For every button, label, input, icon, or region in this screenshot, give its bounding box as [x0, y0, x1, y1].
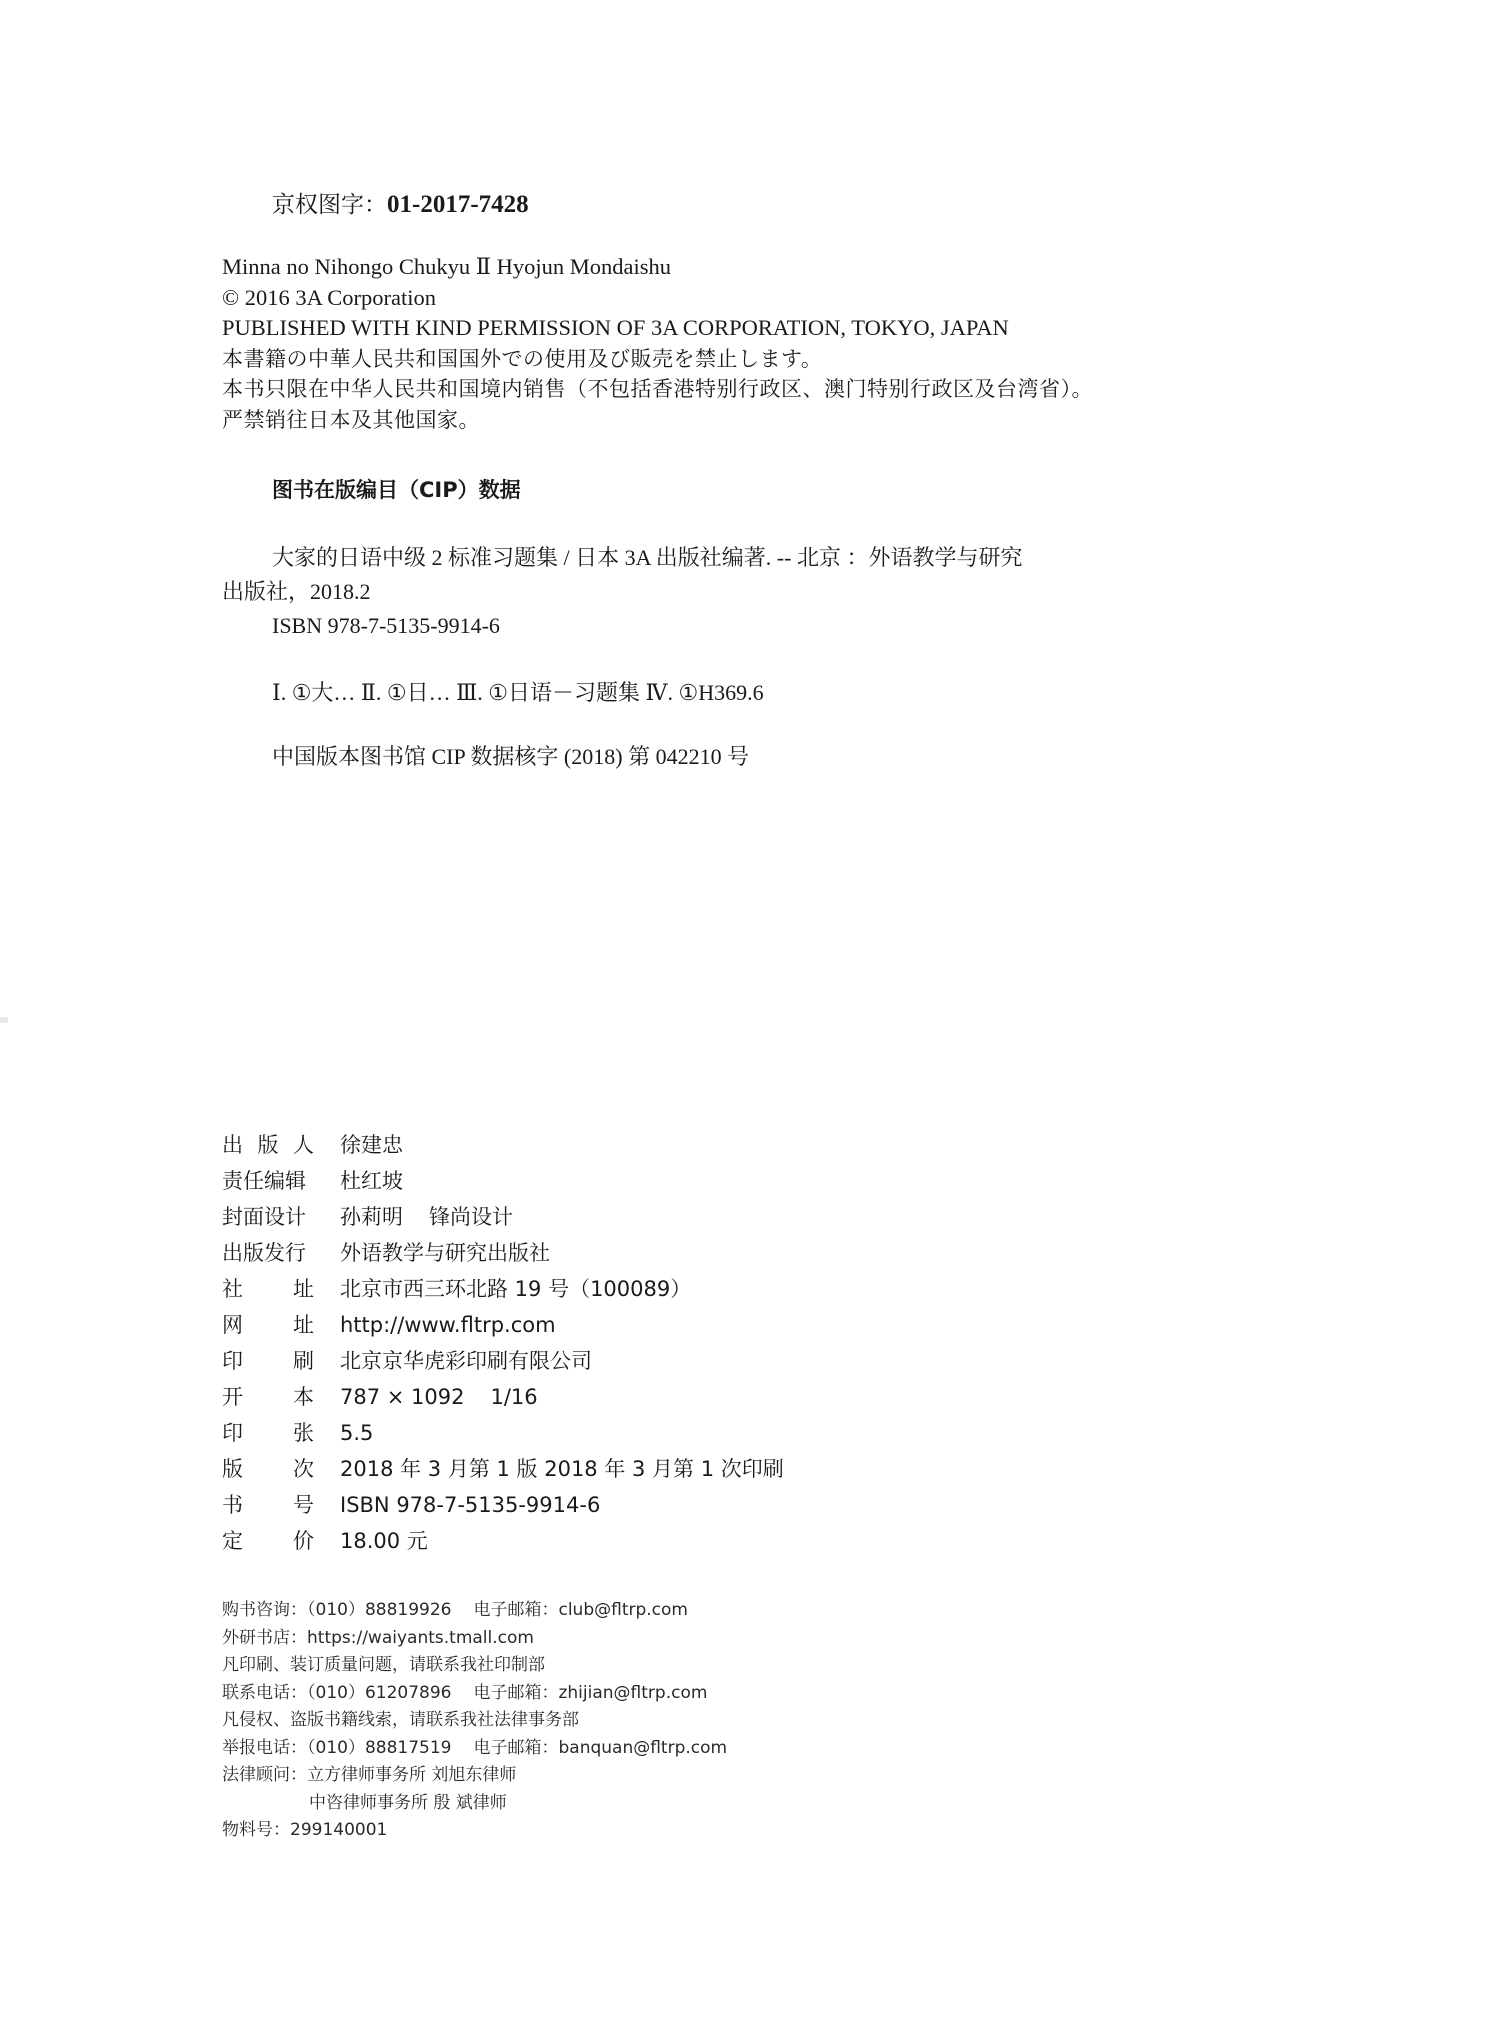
- export-ban: 严禁销往日本及其他国家。: [222, 405, 1093, 436]
- imprint-label: 印刷: [222, 1343, 314, 1379]
- imprint-value: 杜红坡: [340, 1163, 403, 1199]
- quality-contact: 联系电话：（010）61207896电子邮箱：zhijian@fltrp.com: [222, 1680, 727, 1708]
- license-number: 京权图字：01-2017-7428: [272, 186, 529, 219]
- legal-advisor: 法律顾问：立方律师事务所 刘旭东律师: [222, 1762, 727, 1790]
- license-value: 01-2017-7428: [387, 191, 529, 218]
- imprint-value: 北京京华虎彩印刷有限公司: [340, 1343, 592, 1379]
- imprint-row-distributor: 出版发行 外语教学与研究出版社: [222, 1235, 784, 1271]
- purchase-email-link[interactable]: club@fltrp.com: [558, 1600, 688, 1620]
- piracy-report: 举报电话：（010）88817519电子邮箱：banquan@fltrp.com: [222, 1735, 727, 1763]
- cip-entry-line2: 出版社，2018.2: [222, 575, 1022, 609]
- scan-edge-mark: [0, 1017, 8, 1023]
- copyright-block: Minna no Nihongo Chukyu Ⅱ Hyojun Mondais…: [222, 252, 1093, 435]
- imprint-value: 外语教学与研究出版社: [340, 1235, 550, 1271]
- material-number: 物料号：299140001: [222, 1817, 727, 1845]
- permission-notice: PUBLISHED WITH KIND PERMISSION OF 3A COR…: [222, 313, 1093, 344]
- online-store: 外研书店：https://waiyants.tmall.com: [222, 1625, 727, 1653]
- cip-title: 图书在版编目（CIP）数据: [272, 474, 521, 504]
- report-email-link[interactable]: banquan@fltrp.com: [558, 1738, 727, 1758]
- imprint-row-isbn: 书号 ISBN 978-7-5135-9914-6: [222, 1487, 784, 1523]
- store-link[interactable]: https://waiyants.tmall.com: [307, 1628, 534, 1648]
- imprint-row-cover-design: 封面设计 孙莉明锋尚设计: [222, 1199, 784, 1235]
- imprint-row-price: 定价 18.00 元: [222, 1523, 784, 1559]
- copyright-notice: © 2016 3A Corporation: [222, 283, 1093, 314]
- legal-advisor-2: 中咨律师事务所 殷 斌律师: [222, 1790, 727, 1818]
- imprint-value: ISBN 978-7-5135-9914-6: [340, 1487, 600, 1523]
- imprint-row-printer: 印刷 北京京华虎彩印刷有限公司: [222, 1343, 784, 1379]
- imprint-label: 出版人: [222, 1127, 314, 1163]
- imprint-label: 开本: [222, 1379, 314, 1415]
- imprint-label: 印张: [222, 1415, 314, 1451]
- cip-entry: 大家的日语中级 2 标准习题集 / 日本 3A 出版社编著. -- 北京 ：外语…: [222, 541, 1022, 643]
- chinese-sales-restriction: 本书只限在中华人民共和国境内销售（不包括香港特别行政区、澳门特别行政区及台湾省）…: [222, 374, 1093, 405]
- imprint-value: 18.00 元: [340, 1523, 428, 1559]
- imprint-label: 封面设计: [222, 1199, 340, 1235]
- cip-entry-line1: 大家的日语中级 2 标准习题集 / 日本 3A 出版社编著. -- 北京 ：外语…: [222, 541, 1022, 575]
- imprint-row-format: 开本 787 × 10921/16: [222, 1379, 784, 1415]
- imprint-value: 徐建忠: [340, 1127, 403, 1163]
- imprint-label: 书号: [222, 1487, 314, 1523]
- quality-note: 凡印刷、装订质量问题，请联系我社印制部: [222, 1652, 727, 1680]
- imprint-value: 孙莉明锋尚设计: [340, 1199, 513, 1235]
- imprint-label: 责任编辑: [222, 1163, 340, 1199]
- imprint-row-website: 网址 http://www.fltrp.com: [222, 1307, 784, 1343]
- piracy-note: 凡侵权、盗版书籍线索，请联系我社法律事务部: [222, 1707, 727, 1735]
- license-label: 京权图字：: [272, 192, 387, 218]
- imprint-label: 社址: [222, 1271, 314, 1307]
- quality-email-link[interactable]: zhijian@fltrp.com: [558, 1683, 707, 1703]
- imprint-row-publisher: 出版人 徐建忠: [222, 1127, 784, 1163]
- imprint-row-edition: 版次 2018 年 3 月第 1 版 2018 年 3 月第 1 次印刷: [222, 1451, 784, 1487]
- purchase-inquiry: 购书咨询：（010）88819926电子邮箱：club@fltrp.com: [222, 1597, 727, 1625]
- imprint-value: 5.5: [340, 1415, 373, 1451]
- contact-block: 购书咨询：（010）88819926电子邮箱：club@fltrp.com 外研…: [222, 1597, 727, 1845]
- japanese-sales-restriction: 本書籍の中華人民共和国国外での使用及び販売を禁止します。: [222, 344, 1093, 375]
- imprint-row-editor: 责任编辑 杜红坡: [222, 1163, 784, 1199]
- website-link[interactable]: http://www.fltrp.com: [340, 1307, 556, 1343]
- imprint-label: 出版发行: [222, 1235, 340, 1271]
- cip-verification: 中国版本图书馆 CIP 数据核字 (2018) 第 042210 号: [272, 740, 749, 771]
- cip-classification: Ⅰ. ①大… Ⅱ. ①日… Ⅲ. ①日语－习题集 Ⅳ. ①H369.6: [272, 676, 764, 707]
- imprint-row-address: 社址 北京市西三环北路 19 号（100089）: [222, 1271, 784, 1307]
- imprint-label: 版次: [222, 1451, 314, 1487]
- cip-isbn: ISBN 978-7-5135-9914-6: [222, 609, 1022, 643]
- imprint-value: 2018 年 3 月第 1 版 2018 年 3 月第 1 次印刷: [340, 1451, 784, 1487]
- imprint-row-sheets: 印张 5.5: [222, 1415, 784, 1451]
- imprint-table: 出版人 徐建忠 责任编辑 杜红坡 封面设计 孙莉明锋尚设计 出版发行 外语教学与…: [222, 1127, 784, 1559]
- imprint-label: 网址: [222, 1307, 314, 1343]
- original-title: Minna no Nihongo Chukyu Ⅱ Hyojun Mondais…: [222, 252, 1093, 283]
- imprint-value: 787 × 10921/16: [340, 1379, 538, 1415]
- imprint-label: 定价: [222, 1523, 314, 1559]
- imprint-value: 北京市西三环北路 19 号（100089）: [340, 1271, 691, 1307]
